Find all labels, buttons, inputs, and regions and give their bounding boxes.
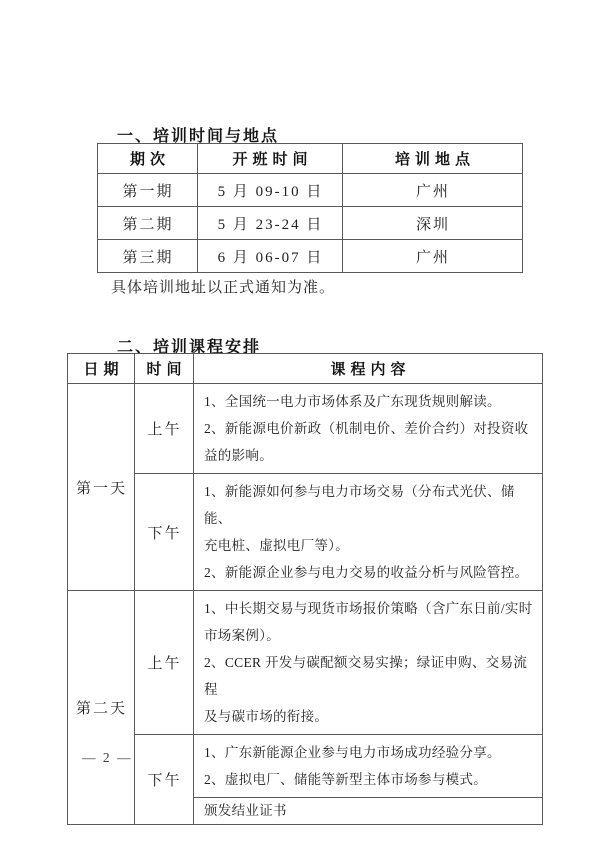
col-header-date: 日期 (68, 354, 135, 384)
day1-morning-cell: 上午 (135, 384, 194, 474)
col-header-period: 期次 (98, 144, 198, 174)
day1-morning-row: 第一天 上午 1、全国统一电力市场体系及广东现货规则解读。 2、新能源电价新政（… (68, 384, 543, 474)
col-header-location: 培训地点 (343, 144, 523, 174)
location-cell: 广州 (343, 174, 523, 207)
day1-cell: 第一天 (68, 384, 135, 591)
day2-morning-content: 1、中长期交易与现货市场报价策略（含广东日前/实时 市场案例）。 2、CCER … (194, 591, 543, 735)
page-number: — 2 — (82, 750, 133, 766)
time-cell: 5 月 23-24 日 (198, 207, 343, 240)
day2-afternoon-cell: 下午 (135, 735, 194, 825)
time-cell: 5 月 09-10 日 (198, 174, 343, 207)
location-cell: 深圳 (343, 207, 523, 240)
location-cell: 广州 (343, 240, 523, 273)
day1-afternoon-row: 下午 1、新能源如何参与电力市场交易（分布式光伏、储能、 充电桩、虚拟电厂等）。… (68, 474, 543, 591)
period-cell: 第二期 (98, 207, 198, 240)
certificate-cell: 颁发结业证书 (194, 798, 543, 825)
day2-morning-cell: 上午 (135, 591, 194, 735)
period-cell: 第一期 (98, 174, 198, 207)
schedule-row-3: 第三期 6 月 06-07 日 广州 (98, 240, 523, 273)
document-page: 一、培训时间与地点 期次 开班时间 培训地点 第一期 5 月 09-10 日 广… (0, 0, 600, 849)
address-note: 具体培训地址以正式通知为准。 (111, 276, 335, 297)
schedule-row-2: 第二期 5 月 23-24 日 深圳 (98, 207, 523, 240)
day2-afternoon-row: 下午 1、广东新能源企业参与电力市场成功经验分享。 2、虚拟电厂、储能等新型主体… (68, 735, 543, 798)
schedule-header-row: 期次 开班时间 培训地点 (98, 144, 523, 174)
day1-morning-content: 1、全国统一电力市场体系及广东现货规则解读。 2、新能源电价新政（机制电价、差价… (194, 384, 543, 474)
col-header-session: 时间 (135, 354, 194, 384)
day2-afternoon-content: 1、广东新能源企业参与电力市场成功经验分享。 2、虚拟电厂、储能等新型主体市场参… (194, 735, 543, 798)
schedule-row-1: 第一期 5 月 09-10 日 广州 (98, 174, 523, 207)
day2-cell: 第二天 (68, 591, 135, 825)
col-header-time: 开班时间 (198, 144, 343, 174)
day1-afternoon-cell: 下午 (135, 474, 194, 591)
col-header-content: 课程内容 (194, 354, 543, 384)
day2-morning-row: 第二天 上午 1、中长期交易与现货市场报价策略（含广东日前/实时 市场案例）。 … (68, 591, 543, 735)
course-plan-table: 日期 时间 课程内容 第一天 上午 1、全国统一电力市场体系及广东现货规则解读。… (67, 353, 543, 825)
day1-afternoon-content: 1、新能源如何参与电力市场交易（分布式光伏、储能、 充电桩、虚拟电厂等）。 2、… (194, 474, 543, 591)
time-cell: 6 月 06-07 日 (198, 240, 343, 273)
period-cell: 第三期 (98, 240, 198, 273)
course-header-row: 日期 时间 课程内容 (68, 354, 543, 384)
training-schedule-table: 期次 开班时间 培训地点 第一期 5 月 09-10 日 广州 第二期 5 月 … (97, 143, 523, 273)
